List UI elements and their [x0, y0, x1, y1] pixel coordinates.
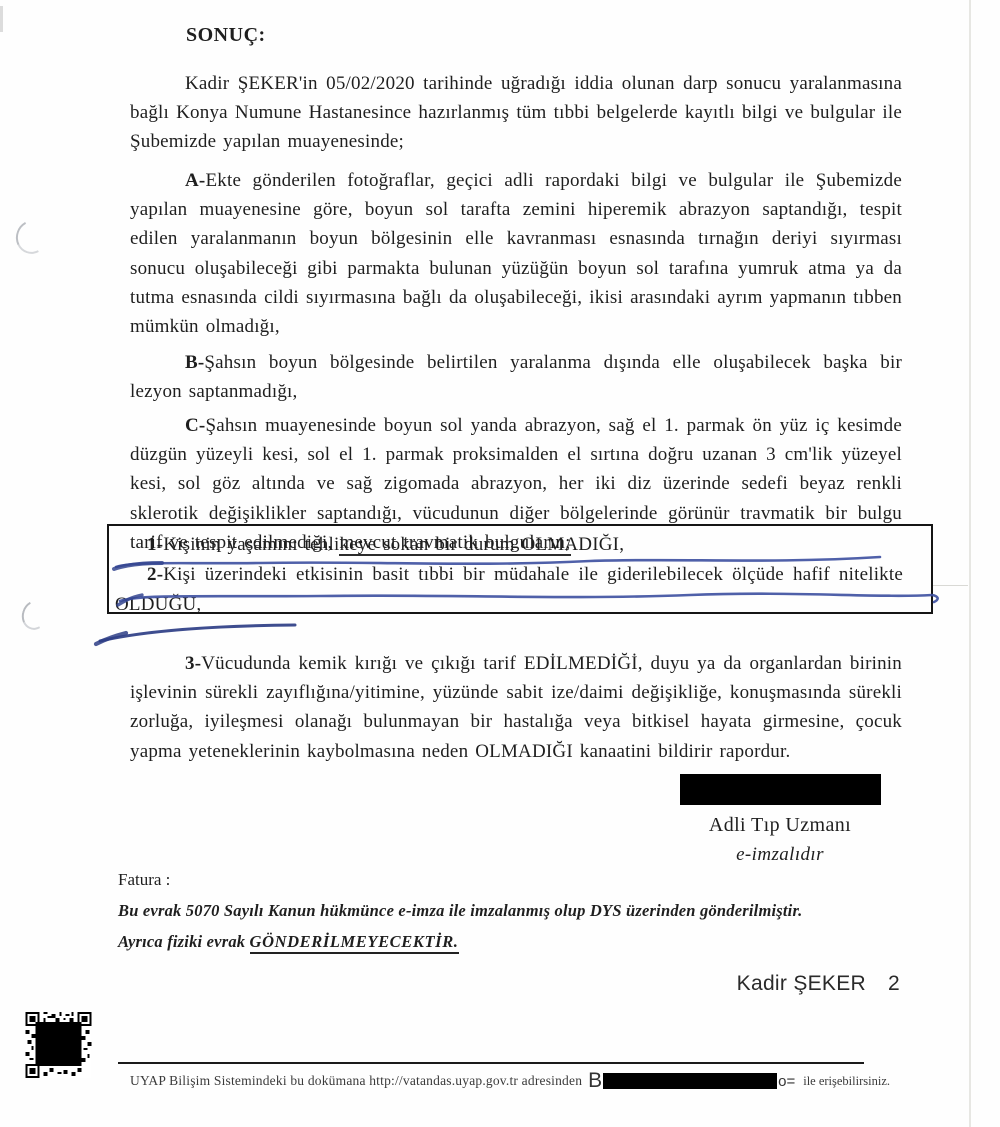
disclaimer-line2-prefix: Ayrıca fiziki evrak [118, 932, 250, 951]
page-footer-name: Kadir ŞEKER [737, 972, 866, 995]
page-footer-label: Kadir ŞEKER2 [737, 972, 900, 996]
esign-disclaimer-line2: Ayrıca fiziki evrak GÖNDERİLMEYECEKTİR. [118, 932, 459, 952]
qr-code [25, 1012, 92, 1078]
conclusion-item-1: 1-Kişinin yaşamını tehlikeye sokan bir d… [115, 530, 903, 560]
footer-divider-line [118, 1062, 864, 1064]
scan-edge-smudge [0, 6, 3, 32]
item-b-lead: B- [185, 352, 204, 373]
pencil-line-artifact [932, 585, 968, 586]
access-code-suffix: o= [778, 1073, 795, 1090]
section-heading: SONUÇ: [186, 24, 266, 47]
item-a-lead: A- [185, 170, 205, 191]
scan-smudge-mark [18, 597, 52, 634]
conclusion-item-2-text: Kişi üzerindeki etkisinin basit tıbbi bi… [115, 564, 903, 615]
esign-disclaimer-line1: Bu evrak 5070 Sayılı Kanun hükmünce e-im… [118, 901, 802, 921]
signature-block: Adli Tıp Uzmanı e-imzalıdır [640, 774, 920, 866]
scanned-forensic-report-page: SONUÇ: Kadir ŞEKER'in 05/02/2020 tarihin… [0, 0, 1000, 1127]
scan-smudge-mark [12, 216, 53, 258]
redaction-bar-access-code [603, 1073, 777, 1089]
item-a-text: Ekte gönderilen fotoğraflar, geçici adli… [130, 170, 902, 337]
signer-title: Adli Tıp Uzmanı [640, 814, 920, 837]
intro-paragraph: Kadir ŞEKER'in 05/02/2020 tarihinde uğra… [130, 69, 902, 157]
access-footer: UYAP Bilişim Sistemindeki bu dokümana ht… [130, 1068, 890, 1094]
esignature-note: e-imzalıdır [640, 844, 920, 866]
item-c-lead: C- [185, 415, 205, 436]
conclusion-item-2: 2-Kişi üzerindeki etkisinin basit tıbbi … [115, 560, 903, 620]
finding-paragraph-a: A-Ekte gönderilen fotoğraflar, geçici ad… [130, 166, 902, 341]
access-footer-text: UYAP Bilişim Sistemindeki bu dokümana ht… [130, 1073, 582, 1089]
access-code-prefix: B [588, 1069, 602, 1093]
scan-edge-line [969, 0, 971, 1127]
conclusion-item-1-text: Kişinin yaşamını tehlikeye sokan bir dur… [163, 534, 624, 555]
conclusion-item-1-lead: 1- [147, 534, 163, 555]
conclusion-box: 1-Kişinin yaşamını tehlikeye sokan bir d… [107, 524, 933, 614]
finding-paragraph-b: B-Şahsın boyun bölgesinde belirtilen yar… [130, 348, 902, 406]
item-b-text: Şahsın boyun bölgesinde belirtilen yaral… [130, 352, 902, 402]
conclusion-box-content: 1-Kişinin yaşamını tehlikeye sokan bir d… [115, 530, 903, 619]
page-number: 2 [888, 972, 900, 995]
redaction-bar-signature [680, 774, 881, 805]
finding-paragraph-3: 3-Vücudunda kemik kırığı ve çıkığı tarif… [130, 649, 902, 766]
qr-redaction [36, 1022, 82, 1066]
access-footer-tail: ile erişebilirsiniz. [803, 1074, 890, 1089]
item-3-text: Vücudunda kemik kırığı ve çıkığı tarif E… [130, 653, 902, 762]
item-3-lead: 3- [185, 653, 201, 674]
disclaimer-line2-underlined: GÖNDERİLMEYECEKTİR. [250, 932, 459, 954]
conclusion-item-2-lead: 2- [147, 564, 163, 585]
invoice-label: Fatura : [118, 870, 170, 890]
